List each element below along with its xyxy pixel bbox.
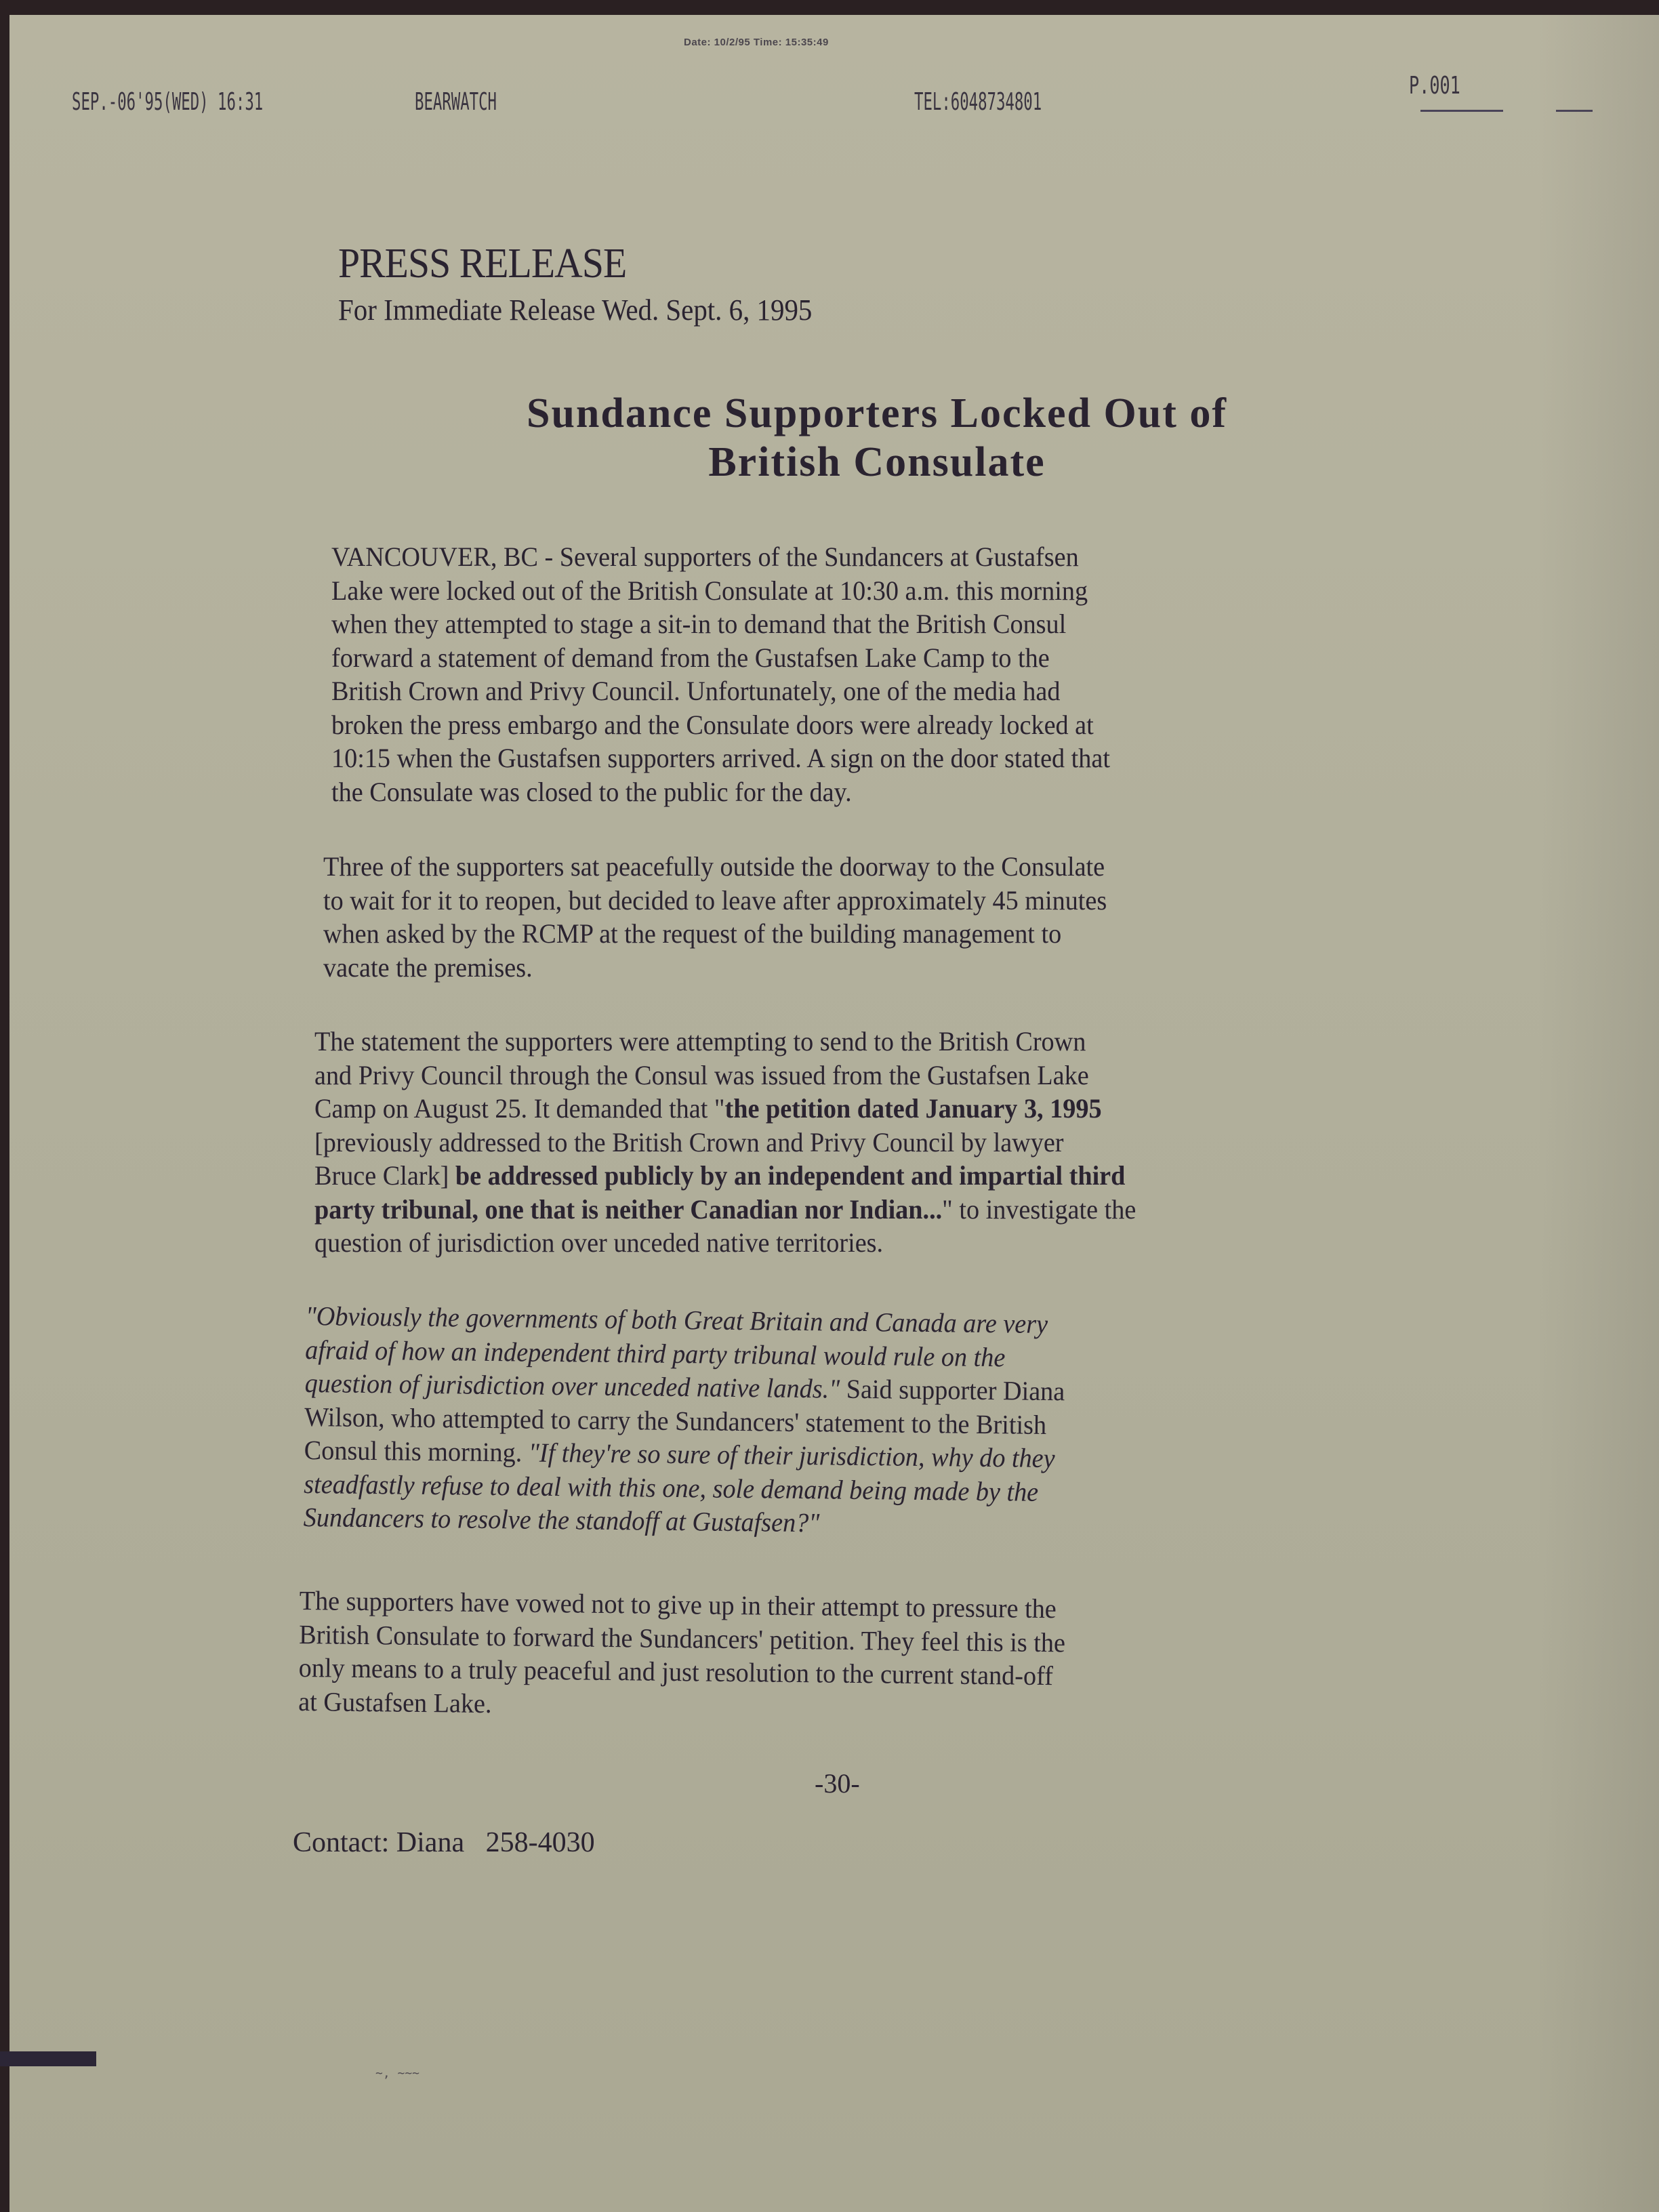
press-release-label: PRESS RELEASE (338, 240, 626, 288)
fax-datetime: SEP.-06'95(WED) 16:31 (72, 88, 263, 116)
text-run: Said supporter Diana (840, 1374, 1065, 1407)
fax-page: Date: 10/2/95 Time: 15:35:49 SEP.-06'95(… (9, 15, 1659, 2212)
text-line: Bruce Clark] be addressed publicly by an… (314, 1159, 1136, 1193)
headline: Sundance Supporters Locked Out of Britis… (348, 389, 1406, 487)
italic-quote-run: "If they're so sure of their jurisdictio… (529, 1437, 1055, 1474)
page-number-dash (1556, 110, 1593, 112)
bold-quote-run: be addressed publicly by an independent … (455, 1160, 1125, 1191)
scanner-edge-mark (0, 2051, 96, 2066)
text-line: The statement the supporters were attemp… (314, 1025, 1136, 1059)
page-number-underline (1420, 110, 1503, 112)
text-line: when they attempted to stage a sit-in to… (331, 607, 1110, 641)
headline-line-2: British Consulate (348, 438, 1406, 487)
text-line: Camp on August 25. It demanded that "the… (314, 1092, 1136, 1126)
fax-sender: BEARWATCH (415, 88, 497, 116)
text-line: when asked by the RCMP at the request of… (323, 917, 1107, 951)
text-line: to wait for it to reopen, but decided to… (323, 884, 1107, 918)
bold-quote-run: party tribunal, one that is neither Cana… (314, 1194, 942, 1225)
end-of-release-mark: -30- (815, 1767, 860, 1799)
text-run: " to investigate the (942, 1194, 1136, 1225)
paragraph-statement: The statement the supporters were attemp… (314, 1025, 1136, 1260)
paragraph-quote: "Obviously the governments of both Great… (304, 1299, 1066, 1542)
fax-receipt-stamp: Date: 10/2/95 Time: 15:35:49 (684, 37, 829, 48)
paragraph-sit-in: Three of the supporters sat peacefully o… (323, 850, 1107, 984)
text-line: the Consulate was closed to the public f… (331, 775, 1110, 809)
text-line: [previously addressed to the British Cro… (314, 1126, 1136, 1160)
text-line: forward a statement of demand from the G… (331, 641, 1110, 675)
text-run: Bruce Clark] (314, 1160, 455, 1191)
text-line: British Crown and Privy Council. Unfortu… (331, 674, 1110, 708)
text-line: Lake were locked out of the British Cons… (331, 574, 1110, 608)
text-run: Camp on August 25. It demanded that " (314, 1093, 724, 1124)
italic-quote-run: question of jurisdiction over unceded na… (305, 1368, 840, 1404)
fax-page-number: P.001 (1409, 72, 1460, 100)
text-line: broken the press embargo and the Consula… (331, 708, 1110, 742)
paragraph-lede: VANCOUVER, BC - Several supporters of th… (331, 540, 1110, 808)
text-line: Three of the supporters sat peacefully o… (323, 850, 1107, 884)
text-run: Consul this morning. (304, 1435, 529, 1468)
headline-line-1: Sundance Supporters Locked Out of (348, 389, 1406, 438)
text-line: party tribunal, one that is neither Cana… (314, 1193, 1136, 1227)
scanner-artifact-text: ~, ~~~ (375, 2066, 419, 2081)
bold-quote-run: the petition dated January 3, 1995 (724, 1093, 1101, 1124)
text-line: 10:15 when the Gustafsen supporters arri… (331, 741, 1110, 775)
text-line: vacate the premises. (323, 951, 1107, 985)
text-line: and Privy Council through the Consul was… (314, 1059, 1136, 1092)
release-date-line: For Immediate Release Wed. Sept. 6, 1995 (338, 293, 812, 327)
text-line: VANCOUVER, BC - Several supporters of th… (331, 540, 1110, 574)
fax-telephone: TEL:6048734801 (914, 88, 1042, 116)
text-line: question of jurisdiction over unceded na… (314, 1226, 1136, 1260)
contact-info: Contact: Diana 258-4030 (293, 1826, 595, 1859)
paragraph-conclusion: The supporters have vowed not to give up… (298, 1584, 1066, 1726)
